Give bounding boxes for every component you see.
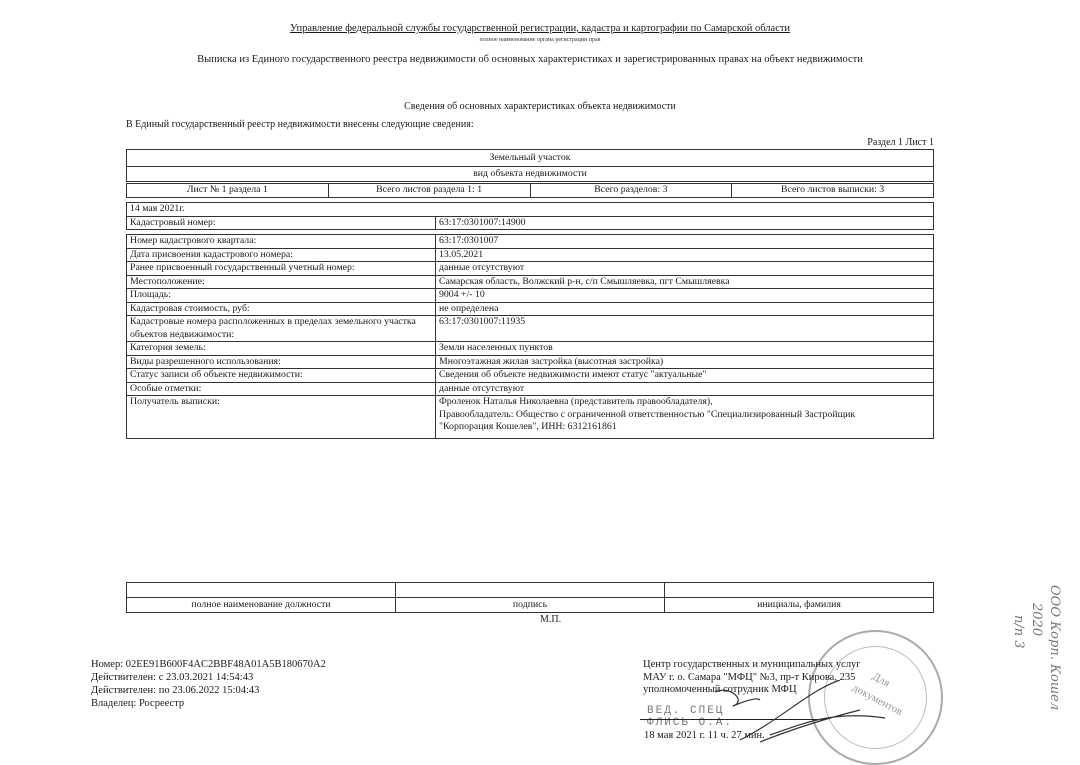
registry-authority: Управление федеральной службы государств… xyxy=(180,23,900,34)
row-value: 63:17:0301007:11935 xyxy=(436,316,934,342)
name-caption: инициалы, фамилия xyxy=(665,598,934,613)
cadastral-number-value: 63:17:0301007:14900 xyxy=(436,216,934,230)
row-label: Виды разрешенного использования: xyxy=(127,355,436,369)
note-line: п/п 3 xyxy=(1011,615,1026,649)
row-value: не определена xyxy=(436,302,934,316)
row-value: 63:17:0301007 xyxy=(436,235,934,249)
record-table: 14 мая 2021г. Кадастровый номер: 63:17:0… xyxy=(126,202,934,230)
extract-title: Выписка из Единого государственного реес… xyxy=(140,54,920,65)
row-value: Сведения об объекте недвижимости имеют с… xyxy=(436,369,934,383)
certificate-owner: Владелец: Росреестр xyxy=(91,697,326,710)
mfc-center-name: Центр государственных и муниципальных ус… xyxy=(643,659,861,672)
table-row: Статус записи об объекте недвижимости:Св… xyxy=(127,369,934,383)
table-row: Местоположение:Самарская область, Волжск… xyxy=(127,275,934,289)
note-line: 2020 xyxy=(1029,603,1044,636)
row-value-line: "Корпорация Кошелев", ИНН: 6312161861 xyxy=(439,421,930,434)
seal-place-label: М.П. xyxy=(540,614,561,625)
row-value-line: Фроленок Наталья Николаевна (представите… xyxy=(439,396,930,409)
sheets-in-section: Всего листов раздела 1: 1 xyxy=(328,184,530,198)
signature-field xyxy=(396,583,665,598)
row-value: данные отсутствуют xyxy=(436,382,934,396)
row-value: данные отсутствуют xyxy=(436,262,934,276)
table-row: Особые отметки:данные отсутствуют xyxy=(127,382,934,396)
table-row: Дата присвоения кадастрового номера:13.0… xyxy=(127,248,934,262)
row-label: Номер кадастрового квартала: xyxy=(127,235,436,249)
sheets-table: Лист № 1 раздела 1 Всего листов раздела … xyxy=(126,183,934,198)
table-row: Площадь:9004 +/- 10 xyxy=(127,289,934,303)
row-label: Местоположение: xyxy=(127,275,436,289)
note-line: ООО Корп. Кошел xyxy=(1047,585,1062,710)
table-row: Виды разрешенного использования:Многоэта… xyxy=(127,355,934,369)
row-label: Дата присвоения кадастрового номера: xyxy=(127,248,436,262)
row-label: Площадь: xyxy=(127,289,436,303)
name-field xyxy=(665,583,934,598)
table-row: Получатель выписки:Фроленок Наталья Нико… xyxy=(127,396,934,439)
handwritten-signature xyxy=(700,680,890,750)
object-type: Земельный участок xyxy=(127,150,934,167)
row-value-line: Правообладатель: Общество с ограниченной… xyxy=(439,409,930,422)
row-value: Земли населенных пунктов xyxy=(436,342,934,356)
row-value: 13.05.2021 xyxy=(436,248,934,262)
table-row: Категория земель:Земли населенных пункто… xyxy=(127,342,934,356)
cadastral-number-label: Кадастровый номер: xyxy=(127,216,436,230)
signature-caption: подпись xyxy=(396,598,665,613)
row-value: 9004 +/- 10 xyxy=(436,289,934,303)
certificate-valid-to: Действителен: по 23.06.2022 15:04:43 xyxy=(91,684,326,697)
position-field xyxy=(127,583,396,598)
certificate-info: Номер: 02EE91B600F4AC2BBF48A01A5B180670A… xyxy=(91,658,326,710)
info-title: Сведения об основных характеристиках объ… xyxy=(180,101,900,112)
certificate-number: Номер: 02EE91B600F4AC2BBF48A01A5B180670A… xyxy=(91,658,326,671)
total-sections: Всего разделов: 3 xyxy=(530,184,732,198)
handwritten-note: ООО Корп. Кошел 2020 п/п 3 xyxy=(1000,585,1070,765)
row-value: Фроленок Наталья Николаевна (представите… xyxy=(436,396,934,439)
table-row: Кадастровая стоимость, руб:не определена xyxy=(127,302,934,316)
characteristics-table: Номер кадастрового квартала:63:17:030100… xyxy=(126,234,934,439)
intro-text: В Единый государственный реестр недвижим… xyxy=(126,119,474,130)
authority-caption: полное наименование органа регистрации п… xyxy=(180,37,900,43)
table-row: Кадастровые номера расположенных в преде… xyxy=(127,316,934,342)
object-type-table: Земельный участок вид объекта недвижимос… xyxy=(126,149,934,182)
row-label: Ранее присвоенный государственный учетны… xyxy=(127,262,436,276)
row-label: Получатель выписки: xyxy=(127,396,436,439)
row-label: Особые отметки: xyxy=(127,382,436,396)
section-sheet-label: Раздел 1 Лист 1 xyxy=(867,137,934,148)
row-value: Самарская область, Волжский р-н, с/п Смы… xyxy=(436,275,934,289)
row-value: Многоэтажная жилая застройка (высотная з… xyxy=(436,355,934,369)
row-label: Кадастровые номера расположенных в преде… xyxy=(127,316,436,342)
row-label: Категория земель: xyxy=(127,342,436,356)
row-label: Кадастровая стоимость, руб: xyxy=(127,302,436,316)
table-row: Ранее присвоенный государственный учетны… xyxy=(127,262,934,276)
record-date: 14 мая 2021г. xyxy=(127,203,934,217)
total-sheets: Всего листов выписки: 3 xyxy=(732,184,934,198)
sheet-number: Лист № 1 раздела 1 xyxy=(127,184,329,198)
object-type-caption: вид объекта недвижимости xyxy=(127,167,934,182)
row-label: Статус записи об объекте недвижимости: xyxy=(127,369,436,383)
position-caption: полное наименование должности xyxy=(127,598,396,613)
certificate-valid-from: Действителен: с 23.03.2021 14:54:43 xyxy=(91,671,326,684)
table-row: Номер кадастрового квартала:63:17:030100… xyxy=(127,235,934,249)
signature-table: полное наименование должности подпись ин… xyxy=(126,582,934,613)
